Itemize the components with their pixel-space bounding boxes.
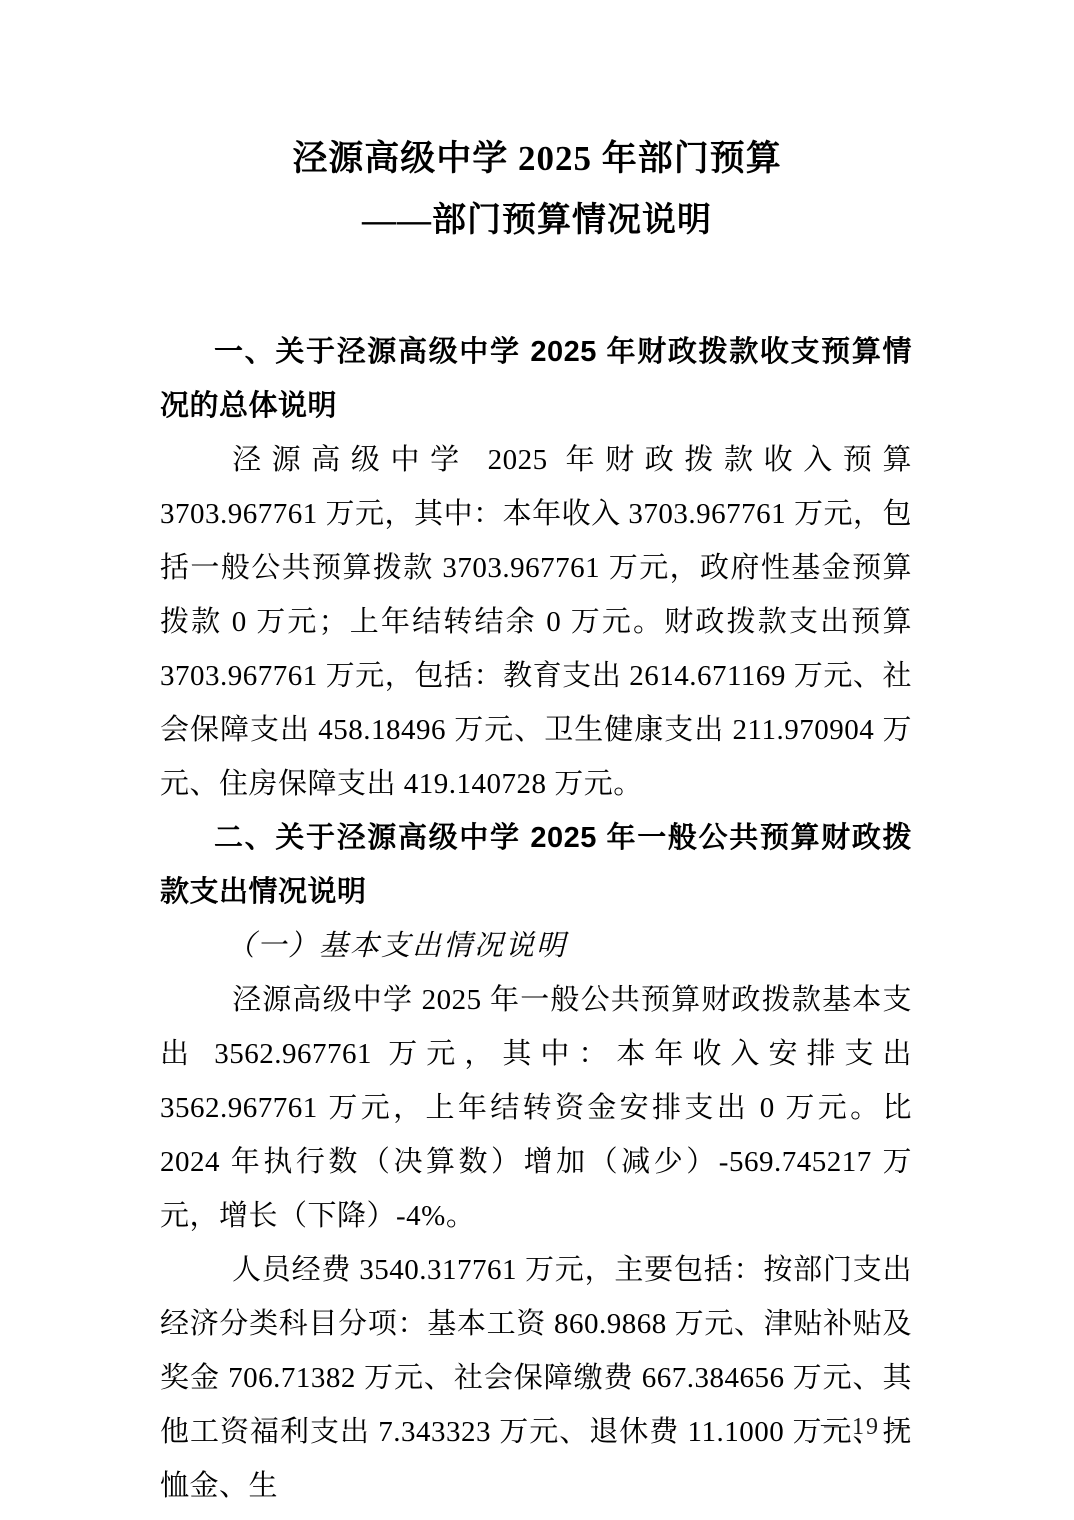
document-page: 泾源高级中学 2025 年部门预算 ——部门预算情况说明 一、关于泾源高级中学 …: [0, 0, 1074, 1520]
section-1-paragraph: 泾源高级中学 2025 年财政拨款收入预算 3703.967761 万元，其中：…: [160, 433, 912, 811]
document-subtitle: ——部门预算情况说明: [0, 198, 1074, 244]
page-number: － 19 －: [818, 1414, 914, 1440]
section-2-paragraph-basic-expenditure: 泾源高级中学 2025 年一般公共预算财政拨款基本支出 3562.967761 …: [160, 973, 912, 1243]
section-1-heading: 一、关于泾源高级中学 2025 年财政拨款收支预算情况的总体说明: [160, 325, 912, 433]
section-2-subheading: （一）基本支出情况说明: [160, 919, 912, 973]
document-title: 泾源高级中学 2025 年部门预算: [0, 136, 1074, 182]
section-2-paragraph-personnel-funds: 人员经费 3540.317761 万元，主要包括：按部门支出经济分类科目分项：基…: [160, 1243, 912, 1513]
section-2-heading: 二、关于泾源高级中学 2025 年一般公共预算财政拨款支出情况说明: [160, 811, 912, 919]
document-body: 一、关于泾源高级中学 2025 年财政拨款收支预算情况的总体说明 泾源高级中学 …: [160, 325, 912, 1513]
page-footer: － 19 －: [818, 1412, 914, 1442]
title-block: 泾源高级中学 2025 年部门预算 ——部门预算情况说明: [0, 0, 1074, 244]
